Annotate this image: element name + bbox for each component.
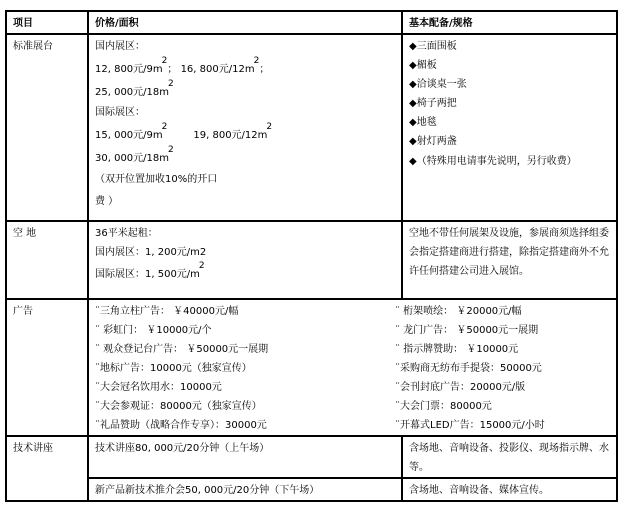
ad-item: ¨ 指示牌赞助： ￥10000元	[395, 340, 610, 359]
header-equipment: 基本配备/规格	[402, 11, 617, 34]
price-9m: 15, 000元/9m	[95, 130, 163, 141]
tech-seminar-morning-desc: 含场地、音响设备、投影仪、现场指示牌、水等。	[402, 436, 617, 478]
intl-label: 国际展区：	[95, 103, 395, 122]
ad-item: ¨大会参观证：80000元（独家宣传）	[95, 397, 395, 416]
ad-item: ¨ 彩虹门： ￥10000元/个	[95, 321, 395, 340]
intl-price: 国际展区：1, 500元/m2	[95, 262, 395, 285]
advertising-left-list: ¨三角立柱广告： ￥40000元/幅 ¨ 彩虹门： ￥10000元/个 ¨ 观众…	[95, 302, 395, 435]
note-line-2: 费 ）	[95, 191, 395, 213]
row-tech-seminar-morning: 技术讲座 技术讲座80, 000元/20分钟（上午场） 含场地、音响设备、投影仪…	[6, 436, 617, 478]
equipment-item: ◆三面围板	[409, 37, 610, 56]
equipment-item: ◆地毯	[409, 113, 610, 132]
price-18m: 25, 000元/18m	[95, 87, 169, 98]
ad-item: ¨采购商无纺布手提袋：50000元	[395, 359, 610, 378]
intl-price-text: 国际展区：1, 500元/m	[95, 269, 200, 280]
standard-booth-equipment: ◆三面围板 ◆楣板 ◆洽谈桌一张 ◆椅子两把 ◆地毯 ◆射灯两盏 ◆（特殊用电请…	[402, 34, 617, 221]
header-row: 项目 价格/面积 基本配备/规格	[6, 11, 617, 34]
intl-line-1: 15, 000元/9m219, 800元/12m2	[95, 122, 395, 146]
ad-item: ¨ 观众登记台广告： ￥50000元一展期	[95, 340, 395, 359]
advertising-columns: ¨三角立柱广告： ￥40000元/幅 ¨ 彩虹门： ￥10000元/个 ¨ 观众…	[95, 302, 610, 435]
domestic-price: 国内展区：1, 200元/m2	[95, 243, 395, 262]
raw-space-label: 空 地	[6, 221, 88, 299]
advertising-label: 广告	[6, 299, 88, 436]
row-advertising: 广告 ¨三角立柱广告： ￥40000元/幅 ¨ 彩虹门： ￥10000元/个 ¨…	[6, 299, 617, 436]
tech-seminar-morning-price: 技术讲座80, 000元/20分钟（上午场）	[88, 436, 402, 478]
equipment-item: ◆射灯两盏	[409, 132, 610, 151]
equipment-item: ◆楣板	[409, 56, 610, 75]
domestic-label: 国内展区：	[95, 37, 395, 56]
ad-item: ¨大会冠名饮用水：10000元	[95, 378, 395, 397]
ad-item: ¨礼品赞助（战略合作专享）：30000元	[95, 416, 395, 435]
row-raw-space: 空 地 36平米起租： 国内展区：1, 200元/m2 国际展区：1, 500元…	[6, 221, 617, 299]
ad-item: ¨大会门票：80000元	[395, 397, 610, 416]
header-item: 项目	[6, 11, 88, 34]
superscript: 2	[266, 122, 272, 132]
domestic-line-1: 12, 800元/9m2； 16, 800元/12m2；	[95, 56, 395, 80]
row-tech-seminar-afternoon: 新产品新技术推介会50, 000元/20分钟（下午场） 含场地、音响设备、媒体宣…	[6, 478, 617, 501]
tech-seminar-afternoon-desc: 含场地、音响设备、媒体宣传。	[402, 478, 617, 501]
header-price: 价格/面积	[88, 11, 402, 34]
ad-item: ¨ 桁架喷绘： ￥20000元/幅	[395, 302, 610, 321]
price-18m: 30, 000元/18m	[95, 153, 169, 164]
ad-item: ¨会刊封底广告：20000元/版	[395, 378, 610, 397]
tech-seminar-label: 技术讲座	[6, 436, 88, 501]
superscript: 2	[254, 56, 260, 66]
ad-item: ¨地标广告：10000元（独家宣传）	[95, 359, 395, 378]
equipment-item: ◆洽谈桌一张	[409, 75, 610, 94]
advertising-right-list: ¨ 桁架喷绘： ￥20000元/幅 ¨ 龙门广告： ￥50000元一展期 ¨ 指…	[395, 302, 610, 435]
separator: ；	[259, 64, 269, 75]
superscript: 2	[168, 79, 174, 89]
domestic-line-2: 25, 000元/18m2	[95, 80, 395, 103]
intl-line-2: 30, 000元/18m2	[95, 146, 395, 169]
standard-booth-price: 国内展区： 12, 800元/9m2； 16, 800元/12m2； 25, 0…	[88, 34, 402, 221]
ad-item: ¨ 龙门广告： ￥50000元一展期	[395, 321, 610, 340]
ad-item: ¨开幕式LED广告：15000元/小时	[395, 416, 610, 435]
raw-space-desc: 空地不带任何展架及设施，参展商须选择组委会指定搭建商进行搭建，除指定搭建商外不允…	[402, 221, 617, 299]
ad-item: ¨三角立柱广告： ￥40000元/幅	[95, 302, 395, 321]
row-standard-booth: 标准展台 国内展区： 12, 800元/9m2； 16, 800元/12m2； …	[6, 34, 617, 221]
exhibition-pricing-table: 项目 价格/面积 基本配备/规格 标准展台 国内展区： 12, 800元/9m2…	[5, 10, 618, 502]
raw-space-price: 36平米起租： 国内展区：1, 200元/m2 国际展区：1, 500元/m2	[88, 221, 402, 299]
superscript: 2	[162, 56, 168, 66]
equipment-item: ◆（特殊用电请事先说明，另行收费）	[409, 151, 610, 173]
price-9m: 12, 800元/9m	[95, 64, 163, 75]
tech-seminar-afternoon-price: 新产品新技术推介会50, 000元/20分钟（下午场）	[88, 478, 402, 501]
superscript: 2	[168, 145, 174, 155]
superscript: 2	[199, 261, 205, 271]
standard-booth-label: 标准展台	[6, 34, 88, 221]
advertising-options: ¨三角立柱广告： ￥40000元/幅 ¨ 彩虹门： ￥10000元/个 ¨ 观众…	[88, 299, 617, 436]
equipment-item: ◆椅子两把	[409, 94, 610, 113]
price-12m: 19, 800元/12m	[193, 130, 267, 141]
price-12m: ； 16, 800元/12m	[167, 64, 254, 75]
superscript: 2	[162, 122, 168, 132]
note-line-1: （双开位置加收10%的开口	[95, 169, 395, 191]
min-area: 36平米起租：	[95, 224, 395, 243]
